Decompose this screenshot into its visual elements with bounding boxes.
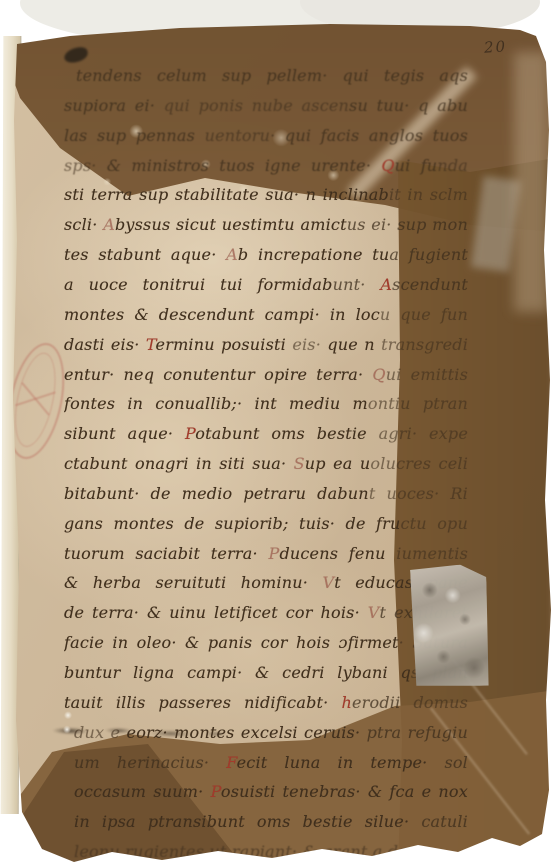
text-segment: scendunt	[392, 275, 468, 294]
text-segment: gans montes de supiorib; tuis· de fru	[64, 514, 401, 533]
manuscript-line: sps· & ministros tuos igne urente· Qui f…	[64, 153, 468, 180]
text-segment: qui facis anglos tuos	[285, 126, 468, 145]
manuscript-line: & herba seruituti hominu· Vt educas pane	[64, 570, 468, 597]
text-segment: erodii	[352, 693, 413, 712]
text-segment: su tuu· q abu	[349, 96, 468, 115]
rubric-initial: A	[103, 215, 115, 234]
rubric-initial: A	[226, 245, 238, 264]
rubric-initial: P	[211, 782, 221, 801]
text-segment: agri· expe	[367, 424, 468, 443]
photo-background: tendens celum sup pellem· qui tegis aqss…	[0, 0, 555, 867]
text-segment: otabunt oms bestie	[195, 424, 367, 443]
rubric-initial: T	[146, 335, 156, 354]
text-segment: sps·	[64, 156, 107, 175]
manuscript-line: entur· neq conutentur opire terra· Qui e…	[64, 362, 468, 389]
text-segment: eis·	[292, 335, 327, 354]
text-segment: & ministros tuos igne urente·	[107, 156, 382, 175]
text-segment: tes stabunt aque·	[64, 245, 226, 264]
text-segment: ui fu	[395, 156, 438, 175]
manuscript-line: sti terra sup stabilitate sua· n inclina…	[64, 182, 468, 209]
manuscript-line: las sup pennas uentoru· qui facis anglos…	[64, 123, 468, 150]
rubric-initial: A	[380, 275, 392, 294]
text-segment: supiora ei·	[64, 96, 164, 115]
text-segment: occasum suum·	[74, 782, 211, 801]
text-segment: a uoce tonitrui tui formidab	[64, 275, 333, 294]
text-segment: transgredi	[381, 335, 468, 354]
manuscript-line: dasti eis· Terminu posuisti eis· que n t…	[64, 332, 468, 359]
manuscript-line: a uoce tonitrui tui formidabunt· Ascendu…	[64, 272, 468, 299]
text-segment: ecit luna in tempe·	[237, 753, 445, 772]
manuscript-line: tuorum saciabit terra· Pducens fenu iume…	[64, 541, 468, 568]
manuscript-line: supiora ei· qui ponis nube ascensu tuu· …	[64, 93, 468, 120]
manuscript-line: scli· Abyssus sicut uestimtu amictus ei·…	[64, 212, 468, 239]
text-segment: dux e	[74, 723, 127, 742]
text-segment: unt·	[333, 275, 381, 294]
text-segment: erminu posuisti	[156, 335, 293, 354]
text-segment: byssus sicut uestimtu amict	[115, 215, 347, 234]
text-segment: tuorum saciabit terra·	[64, 544, 268, 563]
manuscript-line: buntur ligna campi· & cedri lybani qs pl…	[64, 660, 468, 687]
rubric-initial: P	[185, 424, 195, 443]
rubric-initial: V	[322, 573, 334, 592]
rubric-initial: h	[341, 693, 352, 712]
text-segment: ui emittis	[386, 365, 468, 384]
manuscript-line: leonu rugientes ut rapiant· & qrant a do…	[74, 839, 468, 866]
text-segment: ctu opu	[401, 514, 468, 533]
rubric-initial: Q	[372, 365, 385, 384]
manuscript-line: montes & descendunt campi· in locu que f…	[64, 302, 468, 329]
rubric-initial: V	[368, 603, 380, 622]
text-segment: bitabunt· de medio petraru dabun	[64, 484, 369, 503]
text-segment: osuisti tenebras· & fca e nox	[221, 782, 468, 801]
text-segment: um herinacius·	[74, 753, 226, 772]
manuscript-line: sibunt aque· Potabunt oms bestie agri· e…	[64, 421, 468, 448]
text-segment: ctabunt onagri in siti sua·	[64, 454, 294, 473]
text-segment: t ex	[380, 603, 413, 622]
text-segment: tauit illis passeres nidificabt·	[64, 693, 341, 712]
text-segment: facie in oleo· & panis cor hois ɔfirmet	[64, 633, 399, 652]
manuscript-line: de terra· & uinu letificet cor hois· Vt …	[64, 600, 468, 627]
text-segment: a fugient	[389, 245, 468, 264]
text-segment: catuli	[421, 812, 468, 831]
text-segment: olucres celi	[370, 454, 468, 473]
manuscript-line: in ipsa ptransibunt oms bestie silue· ca…	[74, 809, 468, 836]
text-segment: b increpatione tu	[238, 245, 390, 264]
text-segment: scli·	[64, 215, 103, 234]
text-segment: sup mon	[397, 215, 468, 234]
manuscript-line: um herinacius· Fecit luna in tempe· sol …	[74, 750, 468, 777]
manuscript-line: fontes in conuallib;· int mediu montiu p…	[64, 391, 468, 418]
manuscript-line: tendens celum sup pellem· qui tegis aqs	[76, 63, 468, 90]
text-segment: & herba seruituti hominu·	[64, 573, 322, 592]
text-segment: domus	[413, 693, 468, 712]
text-segment: ontiu ptran	[368, 394, 468, 413]
parchment-leaf: tendens celum sup pellem· qui tegis aqss…	[0, 0, 555, 867]
text-segment: t uoces· Ri	[369, 484, 468, 503]
manuscript-line: tes stabunt aque· Ab increpatione tua fu…	[64, 242, 468, 269]
rubric-initial: Q	[381, 156, 394, 175]
text-segment: leonu rugientes ut rapiant· & qrant a do…	[74, 842, 431, 861]
text-segment: it in sclm	[389, 185, 468, 204]
text-segment: qui ponis nube ascen	[164, 96, 349, 115]
text-segment: in ipsa ptransibunt oms bestie silue·	[74, 812, 421, 831]
folio-number: 20	[483, 37, 507, 57]
manuscript-line: occasum suum· Posuisti tenebras· & fca e…	[74, 779, 468, 806]
text-segment: montes & descendunt campi· in loc	[64, 305, 380, 324]
text-segment: eorz· montes excelsi ceruis·	[127, 723, 367, 742]
text-segment: buntur ligna campi· & cedri lybani q	[64, 663, 411, 682]
text-segment: las sup pennas	[64, 126, 205, 145]
text-segment: fontes in conuallib;· int mediu m	[64, 394, 368, 413]
manuscript-line: dux e eorz· montes excelsi ceruis· ptra …	[74, 720, 468, 747]
manuscript-line: facie in oleo· & panis cor hois ɔfirmet·…	[64, 630, 468, 657]
text-segment: sibunt aque·	[64, 424, 185, 443]
text-segment: nda	[437, 156, 468, 175]
repair-patch	[410, 564, 490, 689]
text-segment: u que fun	[380, 305, 468, 324]
manuscript-line: ctabunt onagri in siti sua· Sup ea uoluc…	[64, 451, 468, 478]
text-segment: iumentis	[396, 544, 468, 563]
text-segment: entur· neq conutentur opire terra·	[64, 365, 372, 384]
rubric-initial: S	[294, 454, 305, 473]
text-segment: dasti eis·	[64, 335, 146, 354]
manuscript-line: tauit illis passeres nidificabt· herodii…	[64, 690, 468, 717]
text-segment: ptra refugiu	[367, 723, 468, 742]
manuscript-line: bitabunt· de medio petraru dabunt uoces·…	[64, 481, 468, 508]
text-segment: us ei·	[347, 215, 398, 234]
text-segment: up ea u	[305, 454, 371, 473]
text-segment: de terra· & uinu letificet cor hois·	[64, 603, 368, 622]
rubric-initial: P	[268, 544, 279, 563]
text-segment: tendens celum sup pellem· qui tegis aqs	[76, 66, 468, 85]
text-segment: ducens fenu	[279, 544, 396, 563]
manuscript-line: gans montes de supiorib; tuis· de fructu…	[64, 511, 468, 538]
rubric-initial: F	[226, 753, 236, 772]
text-segment: sti terra sup stabilitate sua· n inclina…	[64, 185, 389, 204]
manuscript-text: tendens celum sup pellem· qui tegis aqss…	[0, 0, 555, 867]
text-segment: uentoru·	[205, 126, 285, 145]
text-segment: que n	[327, 335, 381, 354]
